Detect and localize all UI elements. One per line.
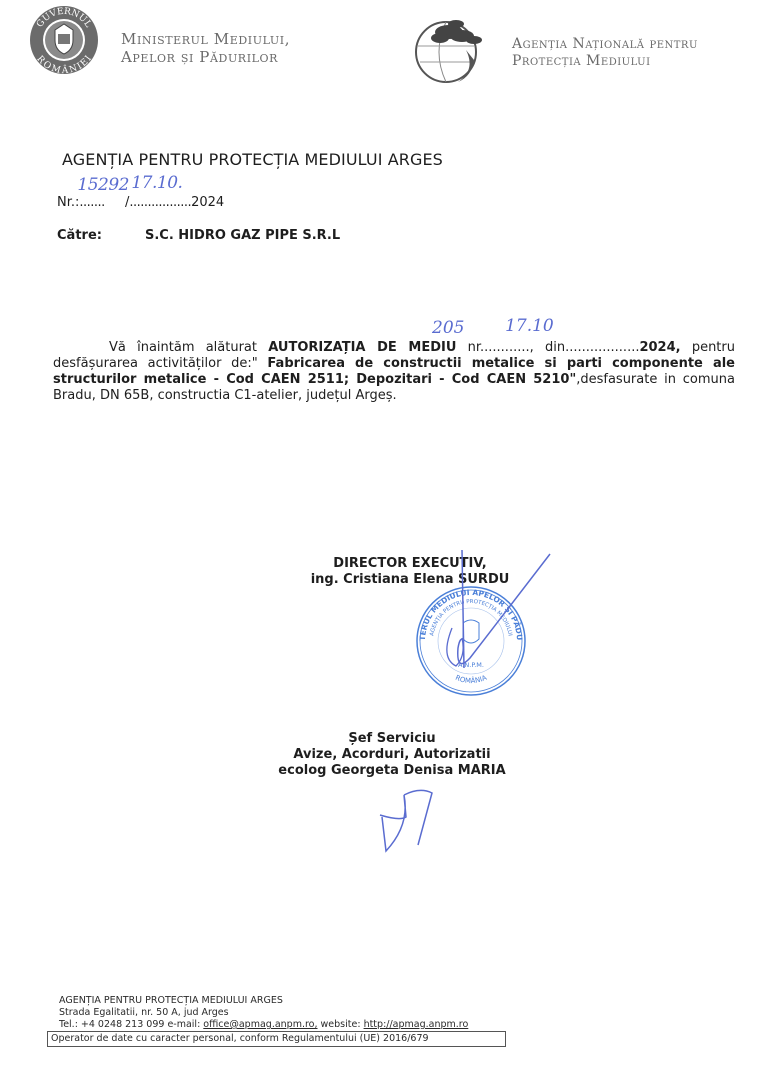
nr-field: .......15292 xyxy=(79,195,104,210)
body-paragraph: Vă înaintăm alăturat AUTORIZAȚIA DE MEDI… xyxy=(53,340,735,404)
footer-agency: AGENȚIA PENTRU PROTECȚIA MEDIULUI ARGES xyxy=(59,995,468,1007)
agency-title: AGENȚIA PENTRU PROTECȚIA MEDIULUI ARGES xyxy=(62,150,443,169)
authorization-number-field: ............205 xyxy=(480,340,530,355)
anpm-name: Agenția Națională pentru Protecția Mediu… xyxy=(512,36,698,70)
service-chief-signature-block: Șef Serviciu Avize, Acorduri, Autorizati… xyxy=(262,731,522,779)
date-handwritten: 17.10. xyxy=(131,173,182,193)
nr-label: Nr.: xyxy=(57,195,79,210)
date-field: .................17.10. xyxy=(129,195,191,210)
anpm-line-1: Agenția Națională pentru xyxy=(512,36,698,53)
footer-contact: AGENȚIA PENTRU PROTECȚIA MEDIULUI ARGES … xyxy=(59,995,468,1031)
authorization-title: AUTORIZAȚIA DE MEDIU xyxy=(268,340,456,355)
service-chief-department: Avize, Acorduri, Autorizatii xyxy=(262,747,522,763)
director-handwritten-signature xyxy=(400,548,560,698)
ministry-line-1: Ministerul Mediului, xyxy=(121,30,290,48)
service-chief-handwritten-signature xyxy=(370,785,450,855)
authorization-date-field: ..................17.10 xyxy=(565,340,639,355)
footer-address: Strada Egalitatii, nr. 50 A, jud Arges xyxy=(59,1007,468,1019)
recipient-name: S.C. HIDRO GAZ PIPE S.R.L xyxy=(145,228,340,243)
recipient-label: Către: xyxy=(57,228,102,243)
footer-website-link[interactable]: http://apmag.anpm.ro xyxy=(364,1019,469,1030)
authorization-date-handwritten: 17.10 xyxy=(505,318,554,334)
service-chief-name: ecolog Georgeta Denisa MARIA xyxy=(262,763,522,779)
date-year: 2024 xyxy=(191,195,224,210)
globe-tree-logo-icon xyxy=(404,12,504,84)
footer-email-link[interactable]: office@apmag.anpm.ro, xyxy=(203,1019,317,1030)
gdpr-notice: Operator de date cu caracter personal, c… xyxy=(47,1031,506,1047)
romanian-government-seal-icon: GUVERNUL ROMÂNIEI xyxy=(26,4,102,76)
authorization-number-handwritten: 205 xyxy=(432,320,464,336)
ministry-line-2: Apelor și Pădurilor xyxy=(121,48,290,66)
footer-contact-line: Tel.: +4 0248 213 099 e-mail: office@apm… xyxy=(59,1019,468,1031)
anpm-line-2: Protecția Mediului xyxy=(512,53,698,70)
registration-number-line: Nr.:.......15292 /.................17.10… xyxy=(57,195,224,210)
ministry-name: Ministerul Mediului, Apelor și Pădurilor xyxy=(121,30,290,66)
nr-handwritten: 15292 xyxy=(77,175,129,195)
service-chief-title: Șef Serviciu xyxy=(262,731,522,747)
